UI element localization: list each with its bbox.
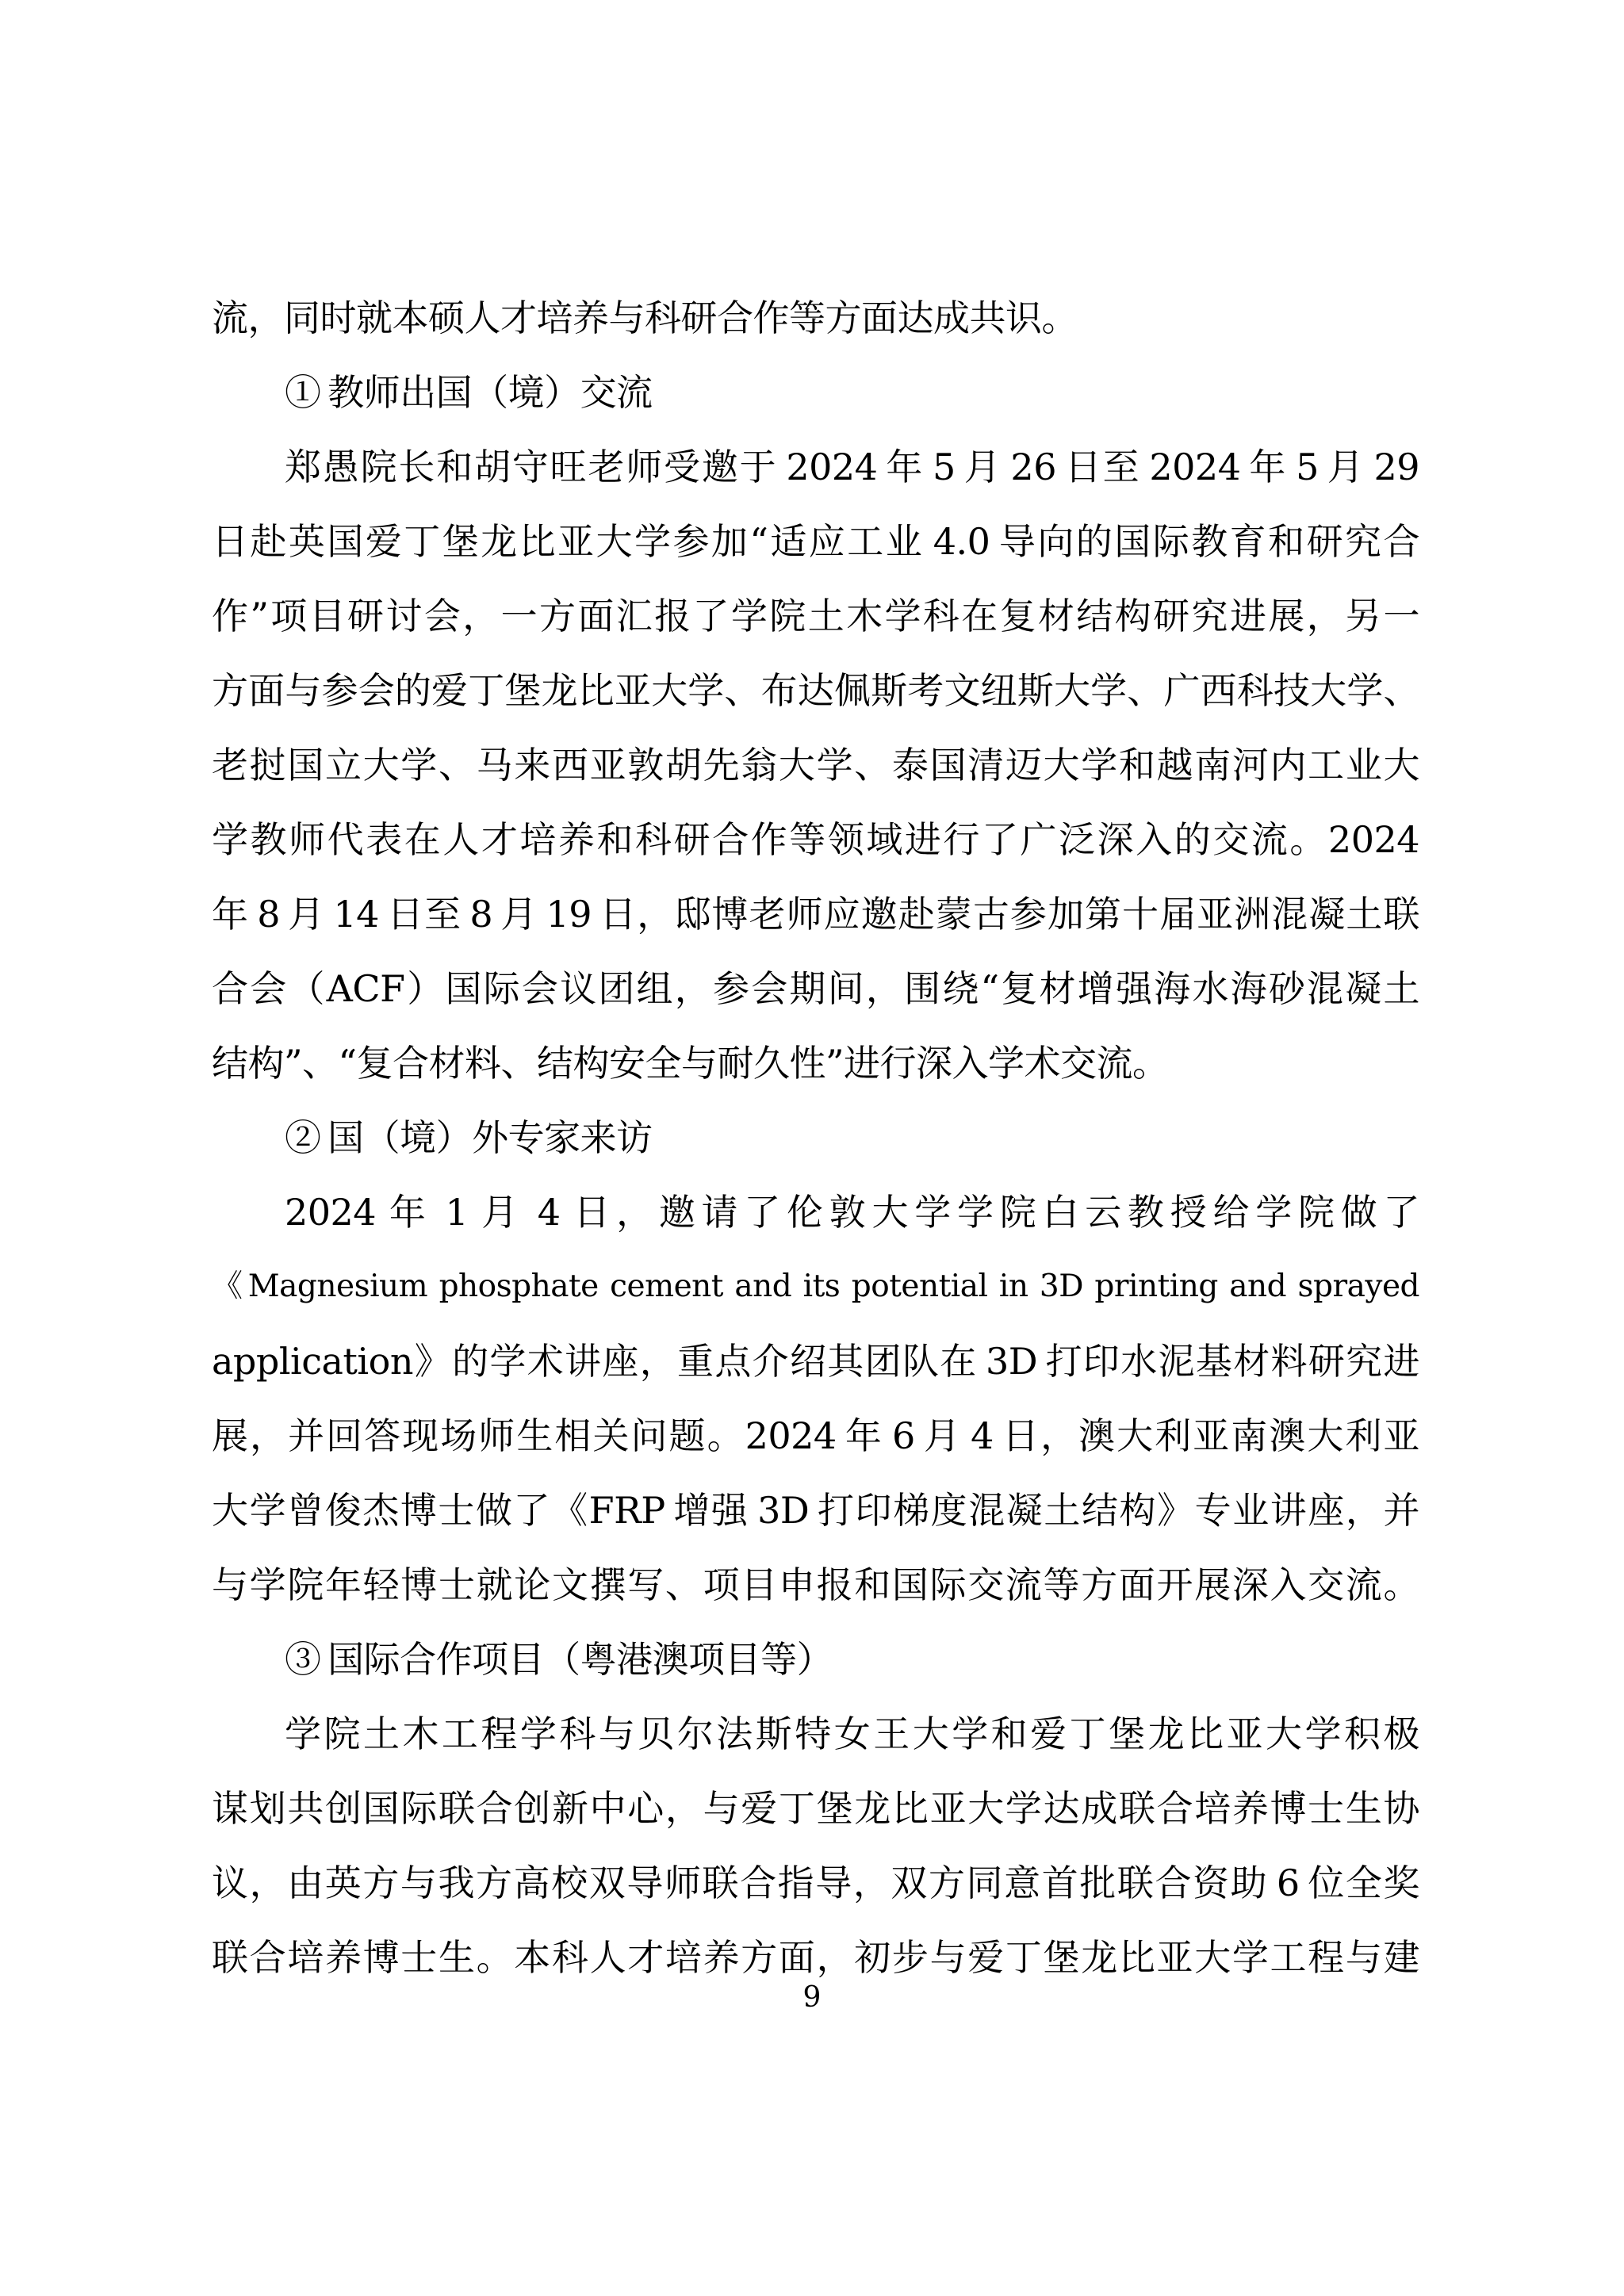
document-line: 学教师代表在人才培养和科研合作等领域进行了广泛深入的交流。2024 [212,802,1419,877]
document-line: 日赴英国爱丁堡龙比亚大学参加“适应工业 4.0 导向的国际教育和研究合 [212,504,1419,579]
document-line: 大学曾俊杰博士做了《FRP 增强 3D 打印梯度混凝土结构》专业讲座，并 [212,1473,1419,1548]
document-line: 郑愚院长和胡守旺老师受邀于 2024 年 5 月 26 日至 2024 年 5 … [212,430,1419,504]
document-line: 结构”、“复合材料、结构安全与耐久性”进行深入学术交流。 [212,1026,1419,1100]
document-body: 流，同时就本硕人才培养与科研合作等方面达成共识。① 教师出国（境）交流郑愚院长和… [212,281,1419,1995]
document-line: 合会（ACF）国际会议团组，参会期间，围绕“复材增强海水海砂混凝土 [212,951,1419,1026]
document-line: 方面与参会的爱丁堡龙比亚大学、布达佩斯考文纽斯大学、广西科技大学、 [212,653,1419,728]
document-line: 2024 年 1 月 4 日，邀请了伦敦大学学院白云教授给学院做了 [212,1175,1419,1249]
document-line: 《Magnesium phosphate cement and its pote… [212,1249,1419,1324]
document-line: ③ 国际合作项目（粤港澳项目等） [212,1622,1419,1697]
document-line: 流，同时就本硕人才培养与科研合作等方面达成共识。 [212,281,1419,355]
page: 流，同时就本硕人才培养与科研合作等方面达成共识。① 教师出国（境）交流郑愚院长和… [0,0,1624,2296]
page-number: 9 [0,1980,1624,2015]
document-line: 展，并回答现场师生相关问题。2024 年 6 月 4 日，澳大利亚南澳大利亚 [212,1399,1419,1473]
document-line: 与学院年轻博士就论文撰写、项目申报和国际交流等方面开展深入交流。 [212,1548,1419,1622]
document-line: 学院土木工程学科与贝尔法斯特女王大学和爱丁堡龙比亚大学积极 [212,1697,1419,1771]
document-line: ② 国（境）外专家来访 [212,1100,1419,1175]
document-line: 议，由英方与我方高校双导师联合指导，双方同意首批联合资助 6 位全奖 [212,1846,1419,1920]
document-line: ① 教师出国（境）交流 [212,355,1419,430]
document-line: 年 8 月 14 日至 8 月 19 日，邸博老师应邀赴蒙古参加第十届亚洲混凝土… [212,877,1419,951]
document-line: 谋划共创国际联合创新中心，与爱丁堡龙比亚大学达成联合培养博士生协 [212,1771,1419,1846]
document-line: application》的学术讲座，重点介绍其团队在 3D 打印水泥基材料研究进 [212,1324,1419,1399]
document-line: 作”项目研讨会，一方面汇报了学院土木学科在复材结构研究进展，另一 [212,579,1419,653]
document-line: 老挝国立大学、马来西亚敦胡先翁大学、泰国清迈大学和越南河内工业大 [212,728,1419,802]
